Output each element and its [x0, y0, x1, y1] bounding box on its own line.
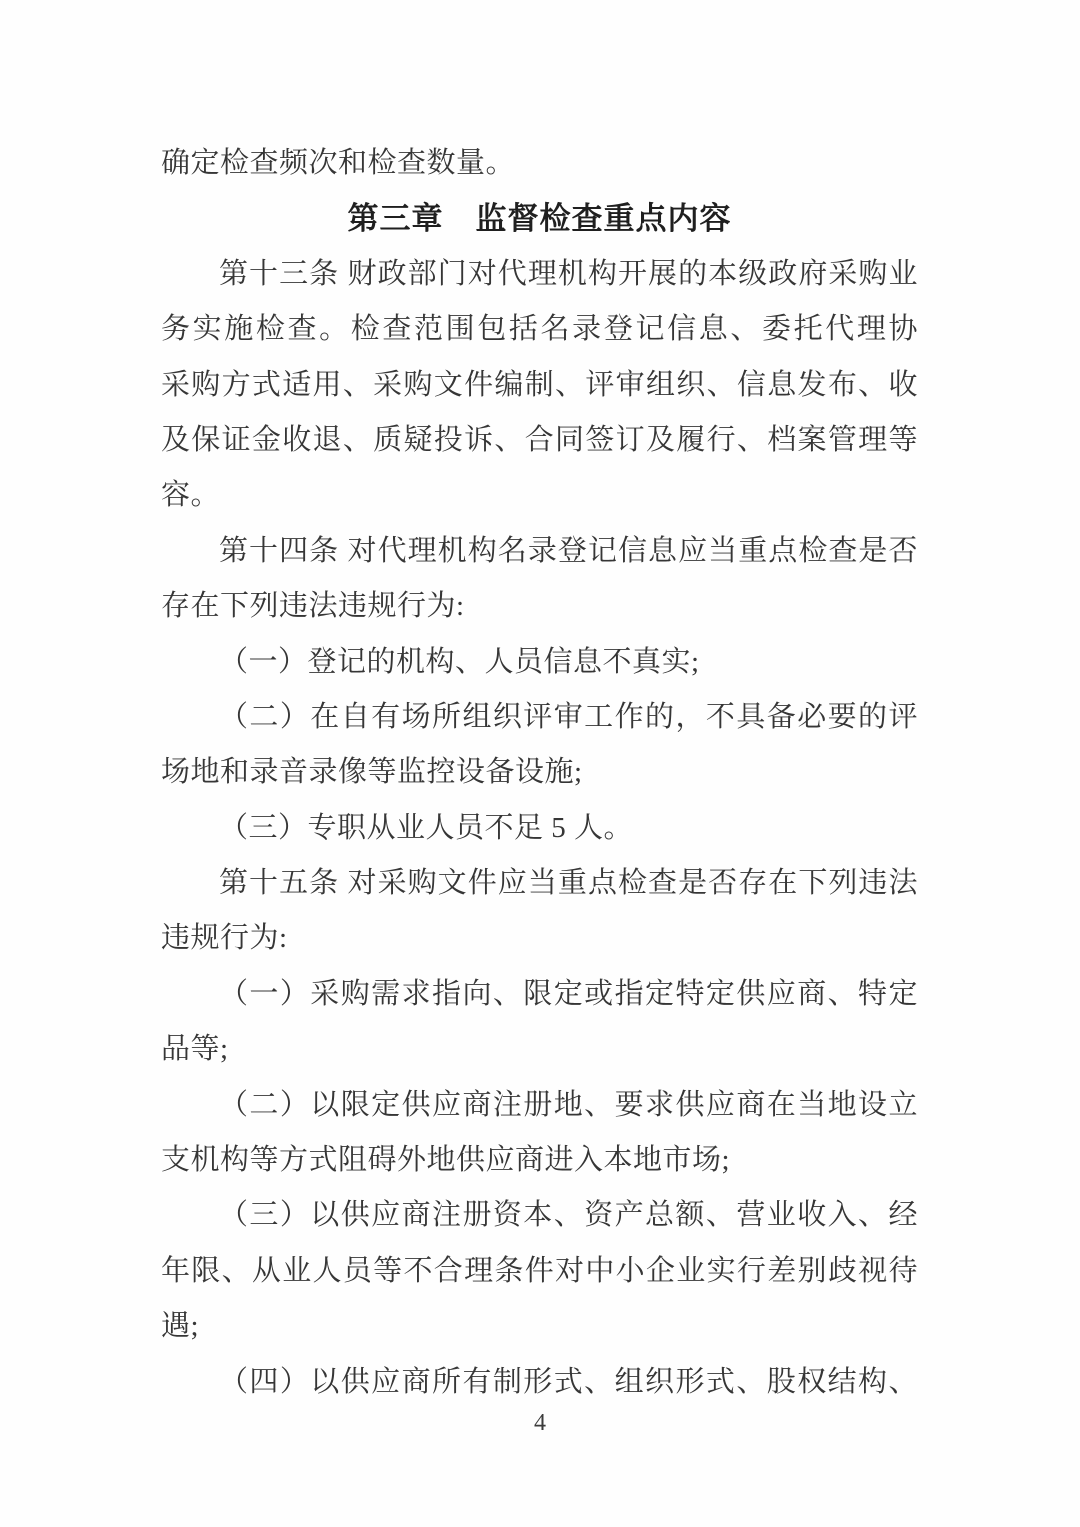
doc-line: 第十五条 对采购文件应当重点检查是否存在下列违法	[161, 856, 918, 911]
doc-line: 容。	[161, 468, 918, 523]
doc-line: 务实施检查。检查范围包括名录登记信息、委托代理协议、	[161, 302, 918, 357]
doc-line: 品等;	[161, 1022, 918, 1077]
doc-line: （三）以供应商注册资本、资产总额、营业收入、经营	[161, 1188, 918, 1243]
doc-line: 场地和录音录像等监控设备设施;	[161, 745, 918, 800]
doc-line: （四）以供应商所有制形式、组织形式、股权结构、投	[161, 1355, 918, 1410]
doc-line: （三）专职从业人员不足 5 人。	[161, 801, 918, 856]
page-number: 4	[0, 1405, 1080, 1441]
doc-line: （二）以限定供应商注册地、要求供应商在当地设立分	[161, 1078, 918, 1133]
doc-line: 违规行为:	[161, 911, 918, 966]
doc-line: 确定检查频次和检查数量。	[161, 136, 918, 191]
doc-line: 存在下列违法违规行为:	[161, 579, 918, 634]
doc-line: 及保证金收退、质疑投诉、合同签订及履行、档案管理等内	[161, 413, 918, 468]
doc-line: 采购方式适用、采购文件编制、评审组织、信息发布、收费	[161, 358, 918, 413]
doc-line: （一）登记的机构、人员信息不真实;	[161, 635, 918, 690]
document-body: 确定检查频次和检查数量。 第三章 监督检查重点内容 第十三条 财政部门对代理机构…	[161, 136, 918, 1410]
doc-line: （二）在自有场所组织评审工作的，不具备必要的评审	[161, 690, 918, 745]
doc-line: 支机构等方式阻碍外地供应商进入本地市场;	[161, 1133, 918, 1188]
doc-line: 年限、从业人员等不合理条件对中小企业实行差别歧视待	[161, 1244, 918, 1299]
doc-line: （一）采购需求指向、限定或指定特定供应商、特定产	[161, 967, 918, 1022]
chapter-heading: 第三章 监督检查重点内容	[161, 191, 918, 246]
document-page: 确定检查频次和检查数量。 第三章 监督检查重点内容 第十三条 财政部门对代理机构…	[0, 0, 1080, 1527]
doc-line: 第十四条 对代理机构名录登记信息应当重点检查是否	[161, 524, 918, 579]
doc-line: 遇;	[161, 1299, 918, 1354]
doc-line: 第十三条 财政部门对代理机构开展的本级政府采购业	[161, 247, 918, 302]
